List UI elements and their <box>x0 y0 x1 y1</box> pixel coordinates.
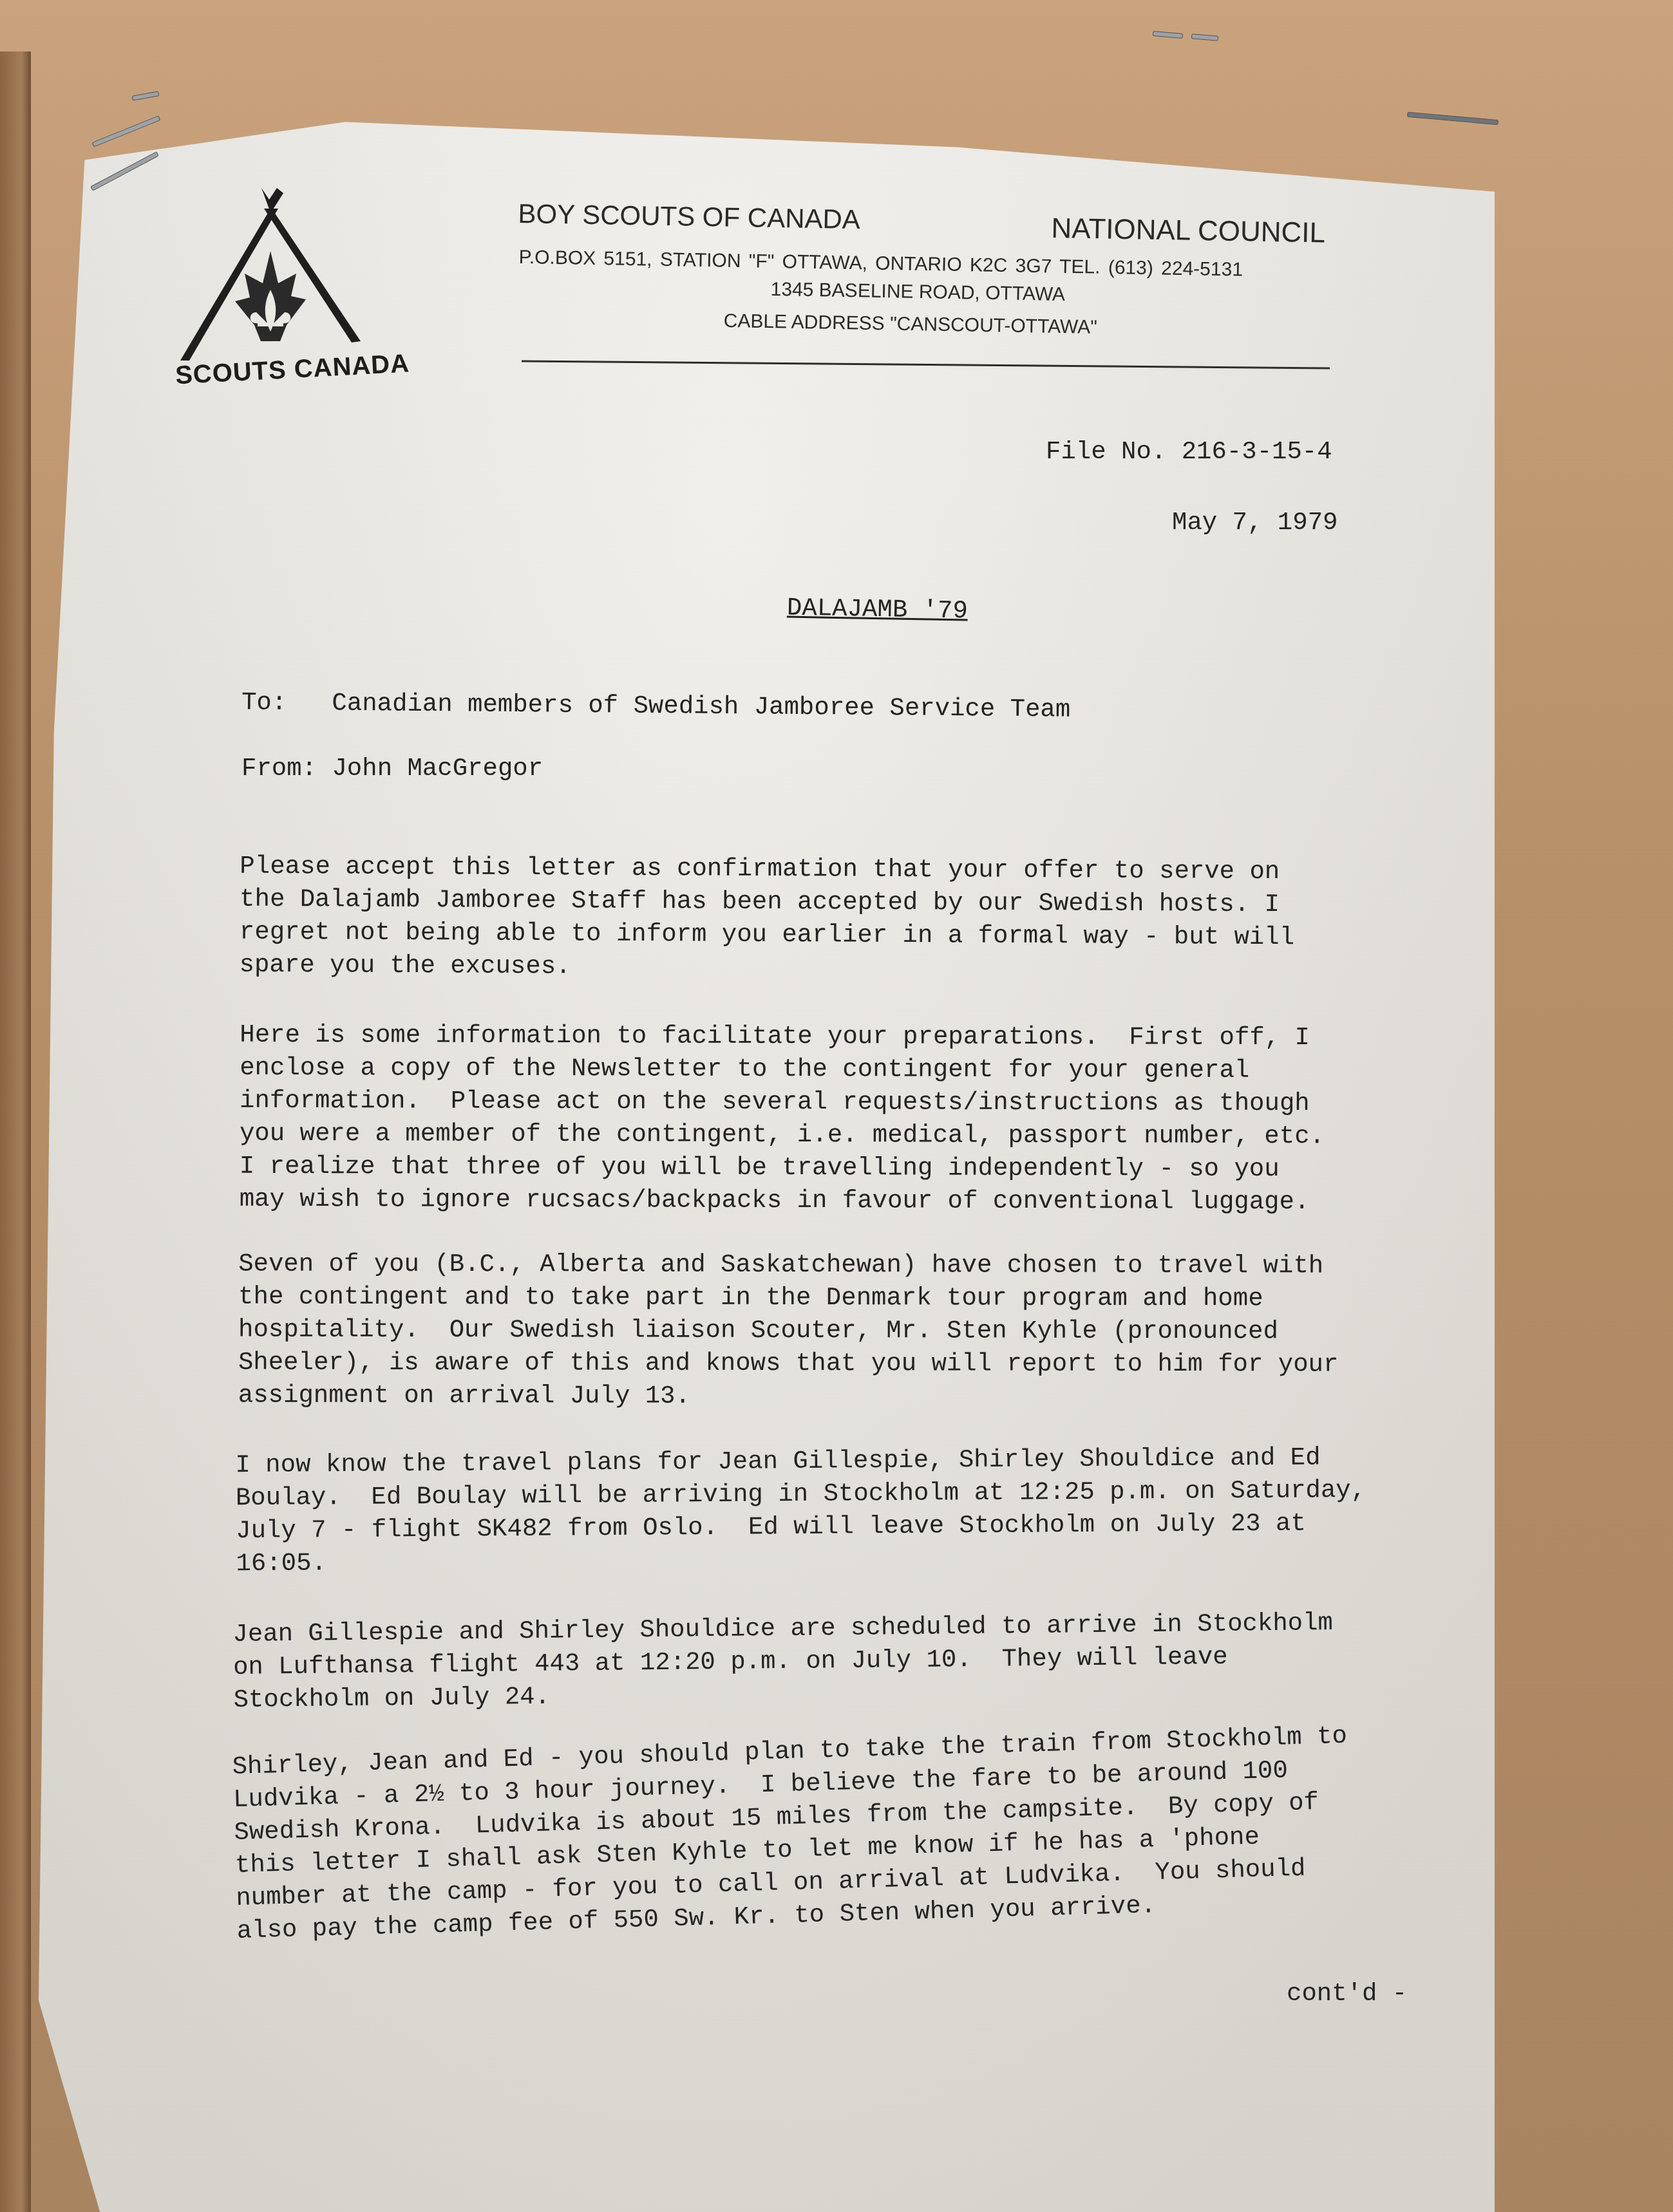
council-name: NATIONAL COUNCIL <box>1051 212 1325 249</box>
body-paragraph: Seven of you (B.C., Alberta and Saskatch… <box>238 1248 1339 1414</box>
letter-subject: DALAJAMB '79 <box>787 594 969 626</box>
from-label: From: <box>241 755 317 783</box>
from-line: From: John MacGregor <box>241 755 543 783</box>
folder-spine <box>0 52 31 2212</box>
organization-name: BOY SCOUTS OF CANADA <box>518 198 860 235</box>
letter-date: May 7, 1979 <box>1172 509 1337 537</box>
from-sender: John MacGregor <box>332 755 543 783</box>
body-paragraph: Shirley, Jean and Ed - you should plan t… <box>232 1720 1352 1948</box>
to-label: To: <box>241 688 287 717</box>
body-paragraph: Jean Gillespie and Shirley Shouldice are… <box>232 1607 1334 1717</box>
body-paragraph: Here is some information to facilitate y… <box>240 1019 1325 1219</box>
body-paragraph: I now know the travel plans for Jean Gil… <box>235 1441 1366 1580</box>
continued-marker: cont'd - <box>1287 1980 1407 2008</box>
body-paragraph: Please accept this letter as confirmatio… <box>239 850 1294 988</box>
file-number: File No. 216-3-15-4 <box>1046 438 1332 466</box>
